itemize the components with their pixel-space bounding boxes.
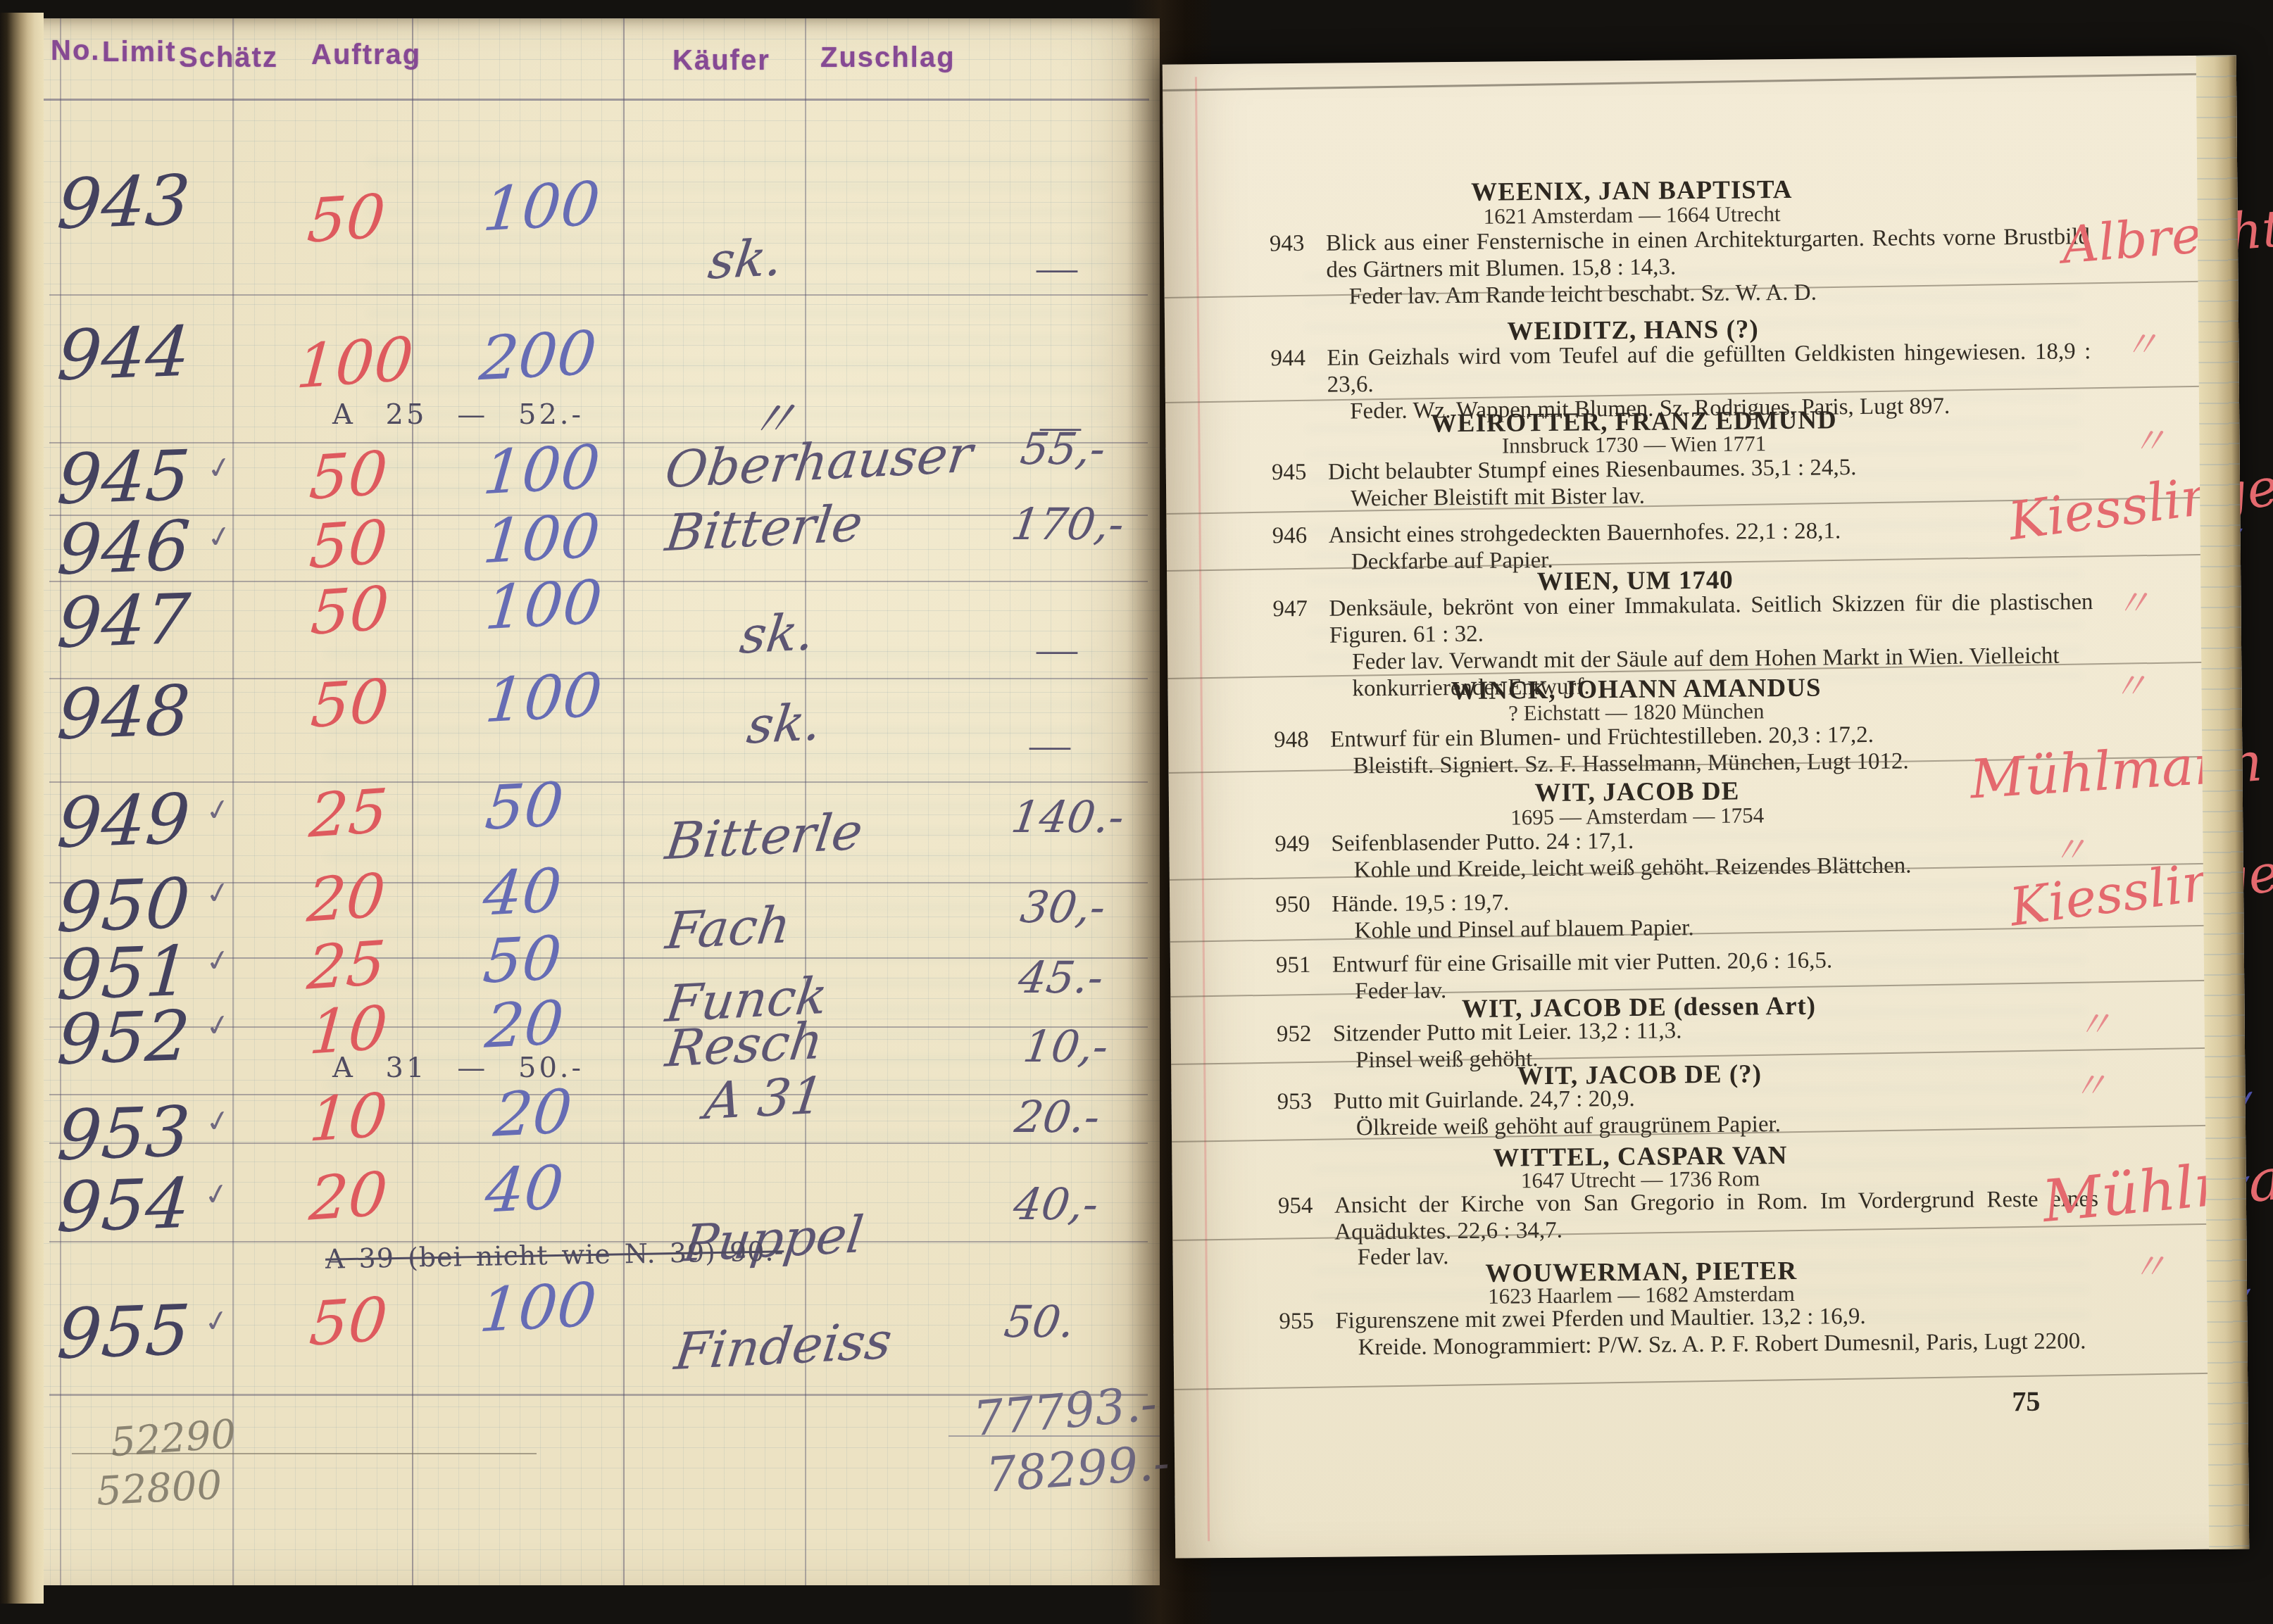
done-checkmark: ✓ (203, 1102, 233, 1140)
catalog-lot: 945 Dicht belaubter Stumpf eines Riesenb… (1272, 452, 2093, 512)
page-stack-edge (0, 13, 44, 1604)
catalog-page: WEENIX, JAN BAPTISTA 1621 Amsterdam — 16… (1163, 55, 2249, 1558)
hammer-price: 55,- (1017, 423, 1109, 474)
buyer-name: sk. (744, 692, 825, 755)
lot-number: 955 (55, 1290, 193, 1375)
estimate-value: 200 (477, 318, 599, 394)
lot-description: Entwurf für eine Grisaille mit vier Putt… (1332, 948, 1833, 977)
buyer-name: Bitterle (663, 493, 866, 562)
lot-description: Hände. 19,5 : 19,7. (1332, 890, 1509, 917)
margin-ditto: 〃 (2130, 1237, 2167, 1290)
lot-number: 949 (1275, 831, 1310, 857)
limit-value: 50 (308, 573, 391, 648)
lot-description: Putto mit Guirlande. 24,7 : 20,9. (1333, 1086, 1634, 1114)
lot-number: 951 (1276, 952, 1311, 978)
lot-number: 953 (1277, 1088, 1312, 1115)
estimate-value: 100 (480, 501, 603, 577)
ledger-header-limit: Limit (102, 37, 177, 68)
hammer-price: 20.- (1012, 1091, 1103, 1143)
margin-ditto: 〃 (2114, 573, 2151, 626)
total-limit-sum: 52290 (109, 1411, 237, 1466)
limit-value: 25 (305, 928, 387, 1003)
lot-description: Entwurf für ein Blumen- und Früchtestill… (1330, 722, 1874, 753)
done-checkmark: ✓ (201, 1302, 232, 1340)
lot-number: 955 (1279, 1308, 1314, 1335)
estimate-value: 100 (477, 1270, 599, 1346)
margin-ditto: 〃 (2071, 1056, 2108, 1109)
lot-number: 943 (55, 160, 193, 245)
buyer-name: Fach (663, 895, 794, 960)
limit-value: 50 (305, 181, 387, 256)
top-rule (1163, 73, 2236, 92)
hammer-price: 40,- (1010, 1178, 1102, 1230)
lot-number: 954 (1278, 1192, 1313, 1219)
hammer-price: 45.- (1015, 952, 1107, 1003)
estimate-value: 40 (480, 855, 564, 930)
hammer-price: 50. (1001, 1296, 1078, 1347)
book-scan: No. Limit Schätz Auftrag Käufer Zuschlag… (0, 0, 2273, 1624)
lot-number: 945 (1272, 459, 1307, 486)
hammer-price: — (1029, 721, 1070, 768)
lot-number: 944 (55, 312, 193, 396)
limit-value: 50 (307, 507, 389, 582)
total-limit-sum-corrected: 52800 (95, 1462, 223, 1514)
done-checkmark: ✓ (203, 1006, 233, 1044)
margin-buyer-name: Albrecht (2060, 199, 2273, 275)
total-line (72, 1453, 537, 1454)
lot-description: Blick aus einer Fensternische in einen A… (1326, 224, 2090, 282)
lot-description: Dicht belaubter Stumpf eines Riesenbaume… (1328, 455, 1857, 485)
catalog-lot: 955 Figurenszene mit zwei Pferden und Ma… (1279, 1301, 2100, 1361)
done-checkmark: ✓ (204, 517, 234, 555)
hammer-price: 140.- (1008, 791, 1127, 843)
limit-value: 100 (294, 324, 415, 402)
ledger-header-zuschlag: Zuschlag (820, 42, 956, 74)
ledger-header-no: No. (51, 35, 100, 67)
limit-value: 20 (307, 1159, 389, 1234)
row-line (44, 99, 1149, 101)
ledger-header-auftrag: Auftrag (311, 39, 421, 71)
lot-description: Sitzender Putto mit Leier. 13,2 : 11,3. (1333, 1018, 1682, 1046)
buyer-name: sk. (705, 227, 786, 290)
lot-number: 952 (55, 996, 193, 1081)
done-checkmark: ✓ (201, 1175, 232, 1213)
lot-number: 948 (55, 671, 193, 755)
limit-value: 50 (307, 1284, 389, 1359)
estimate-value: 50 (482, 769, 566, 844)
catalog-lot: 943 Blick aus einer Fensternische in ein… (1270, 223, 2091, 310)
lot-number: 944 (1270, 345, 1305, 372)
lot-number: 946 (1272, 522, 1307, 549)
lot-description: Figurenszene mit zwei Pferden und Maulti… (1335, 1304, 1866, 1334)
catalog-lot: 950 Hände. 19,5 : 19,7. Kohle und Pinsel… (1275, 884, 2096, 945)
hammer-price: 30,- (1017, 881, 1109, 933)
hammer-price: 170,- (1008, 498, 1127, 550)
done-checkmark: ✓ (204, 448, 234, 486)
lot-number: 950 (1275, 891, 1310, 918)
lot-description: Ansicht eines strohgedeckten Bauernhofes… (1328, 518, 1841, 548)
ledger-page: No. Limit Schätz Auftrag Käufer Zuschlag… (30, 18, 1160, 1585)
buyer-name: Bitterle (663, 802, 866, 871)
estimate-value: 100 (482, 660, 605, 736)
hammer-price: — (1037, 625, 1077, 672)
page-number: 75 (2012, 1385, 2040, 1418)
margin-ditto: 〃 (2122, 315, 2160, 367)
limit-value: 50 (308, 666, 391, 741)
estimate-value: 40 (482, 1152, 566, 1227)
estimate-value: 50 (480, 923, 564, 997)
lot-number: 946 (55, 506, 193, 591)
estimate-value: 100 (480, 432, 603, 508)
done-checkmark: ✓ (203, 874, 233, 912)
limit-value: 25 (307, 776, 389, 851)
lot-number: 947 (55, 579, 193, 664)
done-checkmark: ✓ (203, 791, 233, 829)
limit-value: 10 (307, 1080, 389, 1155)
margin-ditto: 〃 (2130, 411, 2167, 464)
lot-number: 943 (1270, 230, 1305, 257)
lot-technique: Kreide. Monogrammiert: P/W. Sz. A. P. F.… (1336, 1328, 2100, 1361)
done-checkmark: ✓ (203, 941, 233, 979)
lot-description: Seifenblasender Putto. 24 : 17,1. (1331, 829, 1634, 857)
page-edge-right (2196, 55, 2250, 1549)
estimate-value: 20 (482, 988, 566, 1062)
order-note: A 31 — 50.- (332, 1052, 584, 1084)
lot-description: Denksäule, bekrönt von einer Immakulata.… (1329, 589, 2093, 648)
lot-number: 952 (1277, 1021, 1312, 1047)
lot-number: 954 (55, 1164, 193, 1248)
margin-ditto: 〃 (2111, 657, 2148, 710)
hammer-price: 10,- (1020, 1021, 1112, 1072)
buyer-name: sk. (737, 602, 818, 665)
hammer-price: — (1037, 244, 1077, 291)
lot-number: 947 (1272, 596, 1308, 622)
buyer-name: A 31 (701, 1066, 827, 1131)
ledger-header-kaeufer: Käufer (672, 45, 770, 77)
limit-value: 50 (307, 438, 389, 513)
buyer-name: Findeiss (672, 1311, 896, 1381)
ledger-header-schaetz: Schätz (179, 42, 278, 74)
section-rule (1174, 1372, 2248, 1390)
lot-number: 949 (55, 779, 193, 864)
order-note: A 25 — 52.- (332, 398, 584, 431)
limit-value: 20 (305, 860, 387, 936)
column-line (232, 18, 234, 1585)
estimate-value: 20 (491, 1076, 575, 1151)
lot-number: 948 (1274, 726, 1309, 753)
estimate-value: 100 (482, 567, 605, 643)
margin-ditto: 〃 (2075, 995, 2112, 1047)
estimate-value: 100 (480, 169, 603, 245)
margin-ditto: 〃 (2050, 820, 2088, 873)
